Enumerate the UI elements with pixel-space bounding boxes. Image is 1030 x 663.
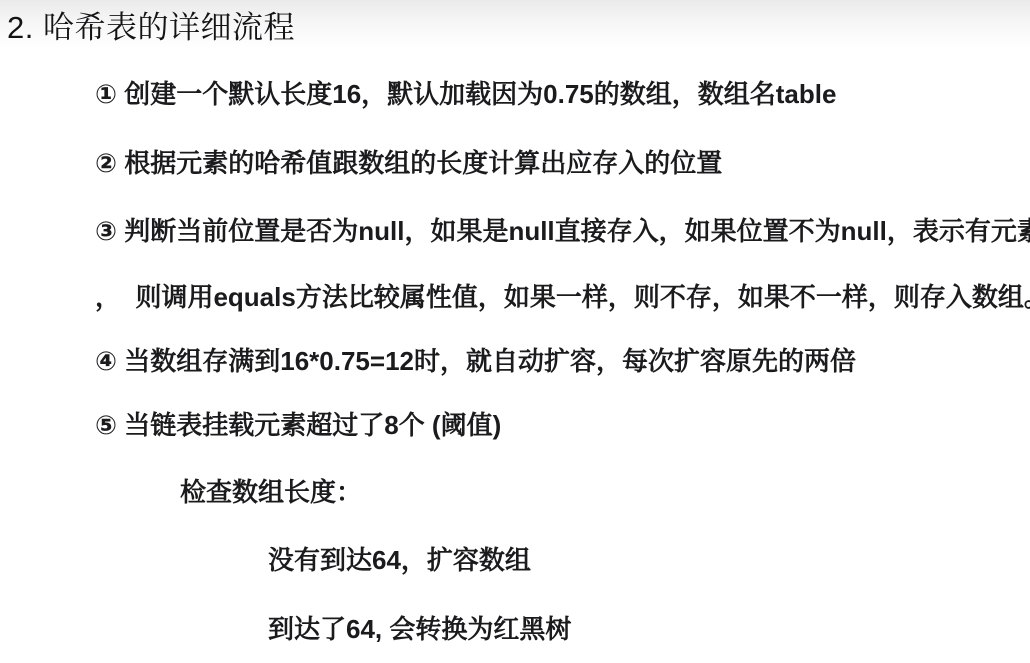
notes-page: 2. 哈希表的详细流程 ① 创建一个默认长度16，默认加载因为0.75的数组，数… (0, 0, 1030, 663)
substep-check-array-length: 检查数组长度： (180, 479, 362, 505)
step-3-null-check-line-2: ， 则调用equals方法比较属性值，如果一样，则不存，如果不一样，则存入数组。 (95, 284, 1030, 310)
page-title: 2. 哈希表的详细流程 (7, 2, 295, 47)
step-1-create-array: ① 创建一个默认长度16，默认加载因为0.75的数组，数组名table (95, 81, 836, 107)
step-4-resize-rule: ④ 当数组存满到16*0.75=12时，就自动扩容，每次扩容原先的两倍 (95, 348, 856, 374)
step-5-linked-list-threshold: ⑤ 当链表挂载元素超过了8个 (阈值) (95, 412, 501, 438)
step-2-compute-position: ② 根据元素的哈希值跟数组的长度计算出应存入的位置 (95, 150, 722, 176)
substep-reach-64-red-black-tree: 到达了64, 会转换为红黑树 (268, 616, 571, 642)
substep-below-64-resize: 没有到达64，扩容数组 (268, 547, 531, 573)
step-3-null-check-line-1: ③ 判断当前位置是否为null，如果是null直接存入，如果位置不为null，表… (95, 218, 1030, 244)
